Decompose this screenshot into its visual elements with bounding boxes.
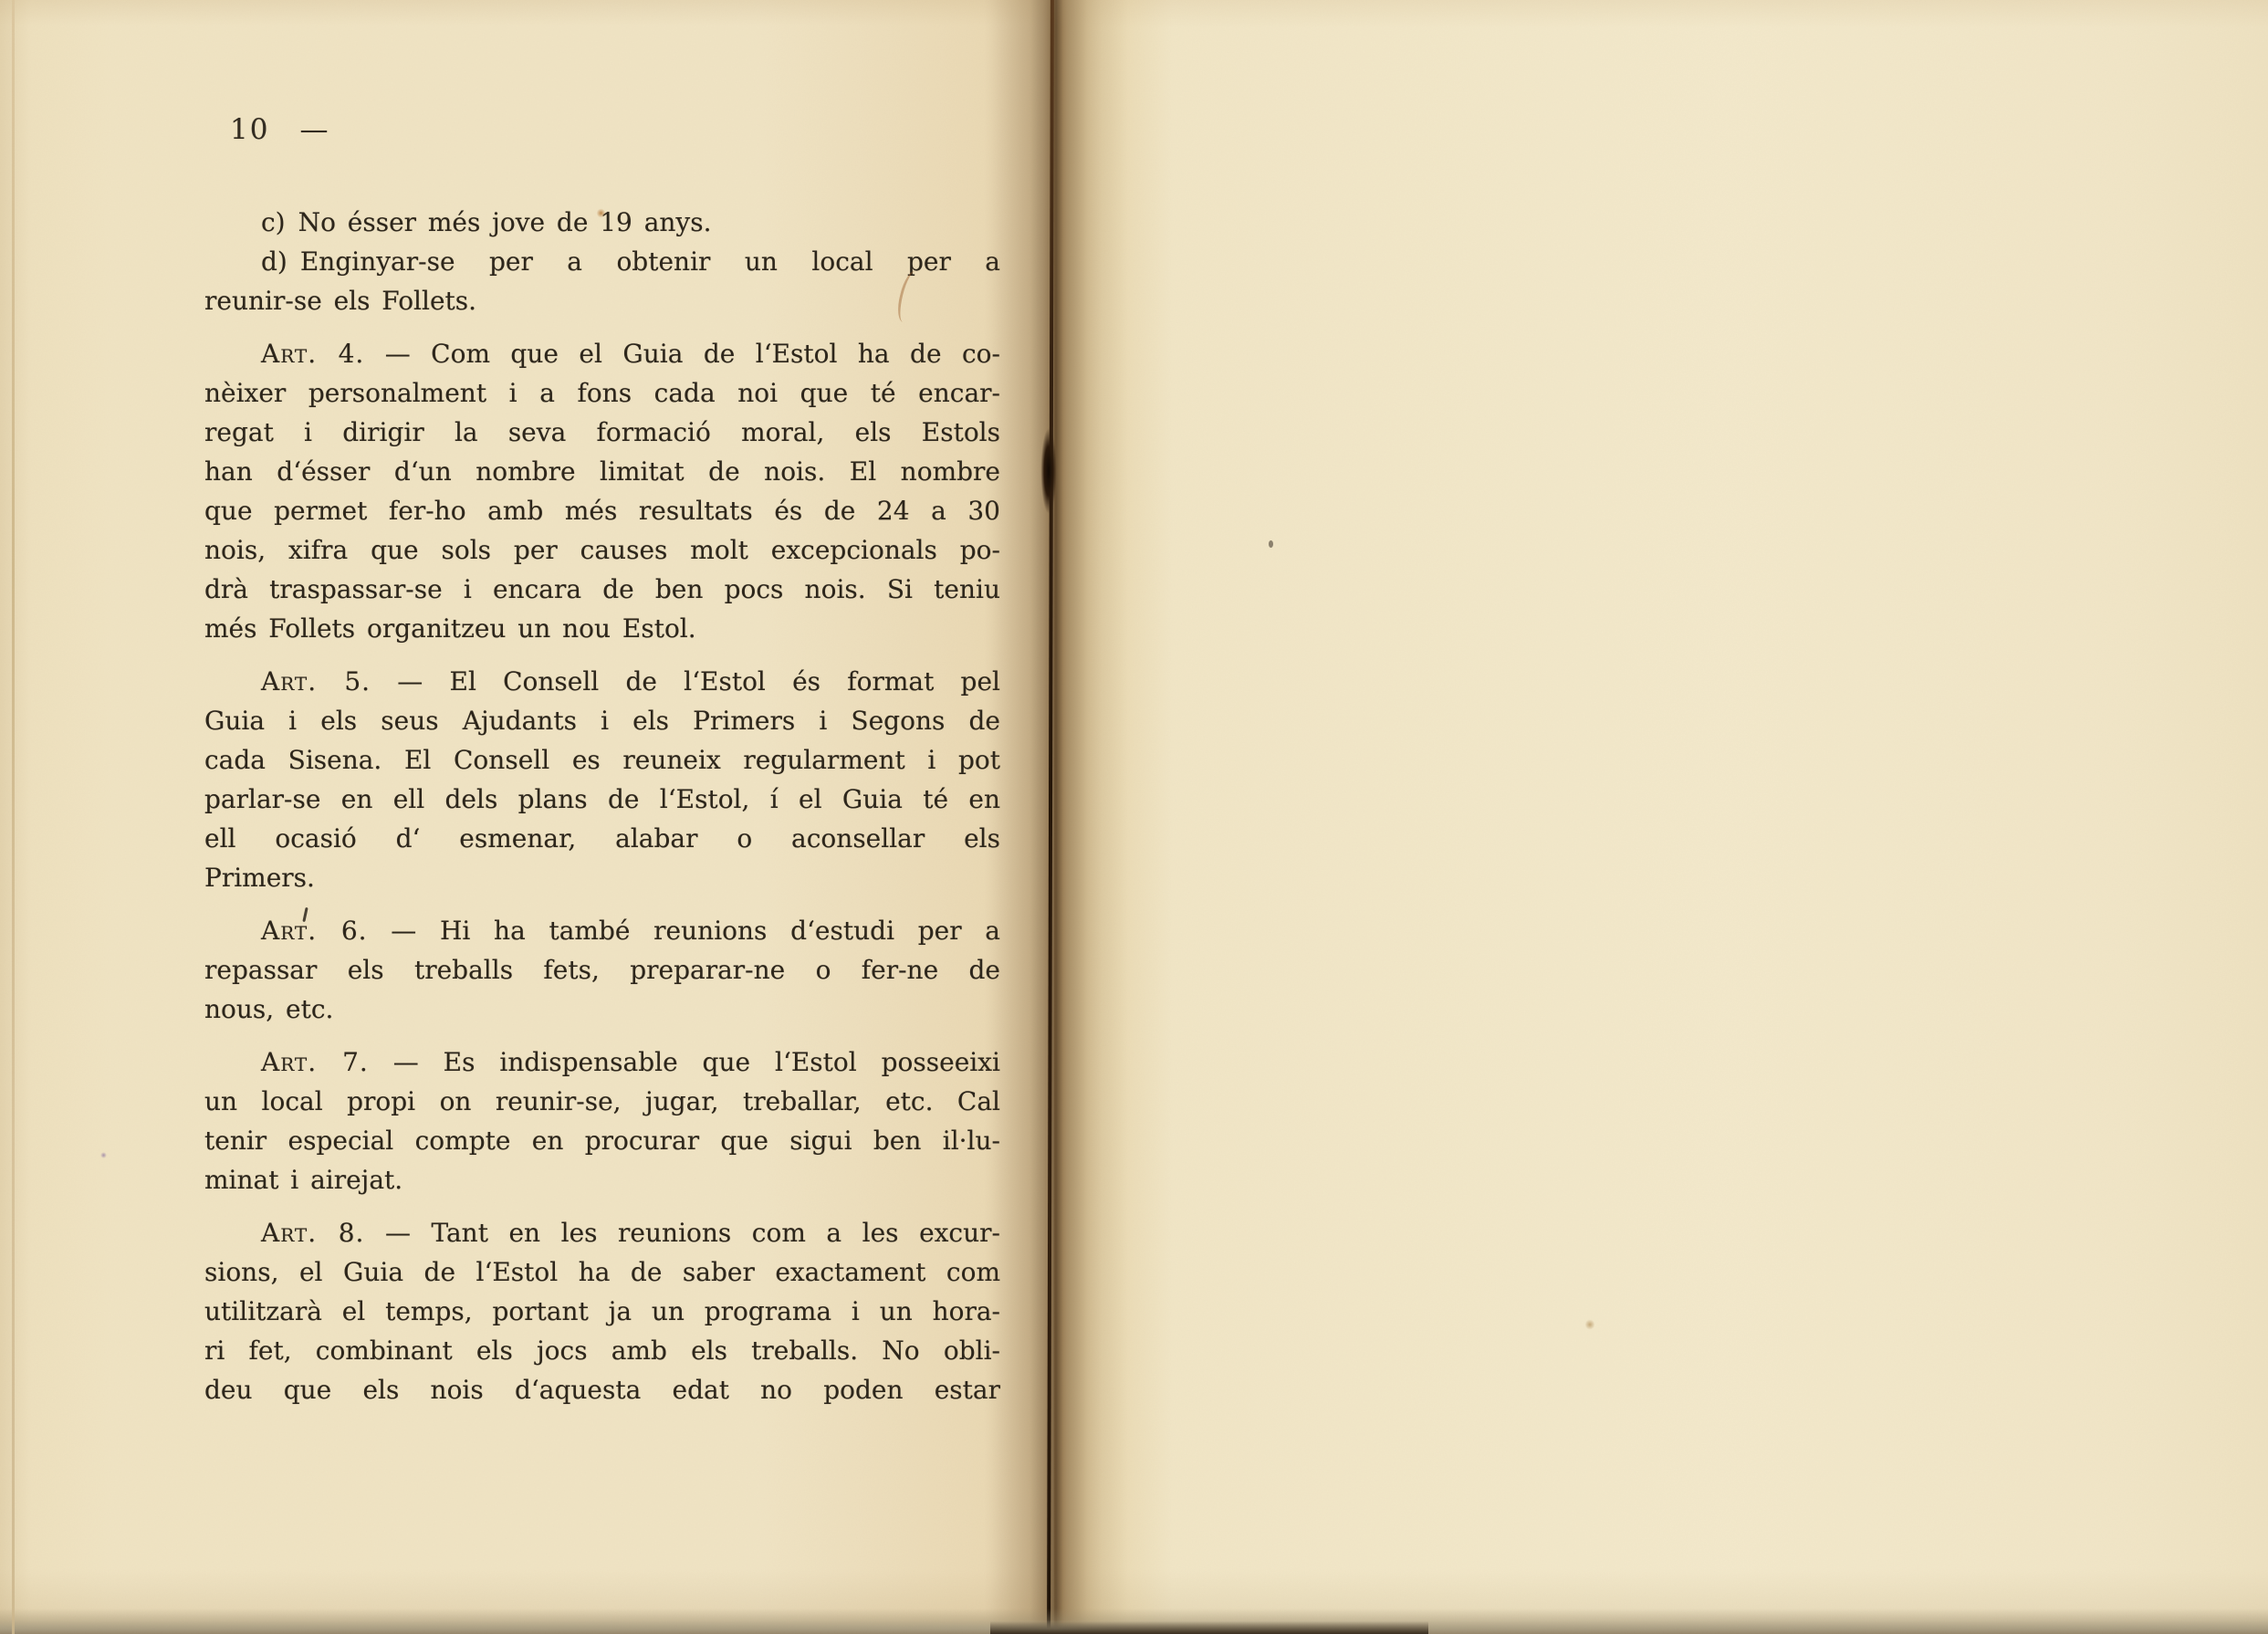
text-line: cada Sisena. El Consell es reuneix regul… <box>204 740 1000 780</box>
article-label: Art. 8. <box>261 1218 364 1248</box>
text-line: utilitzarà el temps, portant ja un progr… <box>204 1292 1000 1331</box>
article-label: Art. 5. <box>261 666 371 697</box>
text-line: drà traspassar-se i encara de ben pocs n… <box>204 570 1000 609</box>
binding-crack <box>1039 422 1059 531</box>
page-left-text: c) No ésser més jove de 19 anys.d) Engin… <box>204 203 1000 1409</box>
text-line: reunir-se els Follets. <box>204 281 1000 320</box>
text-line: Primers. <box>204 858 1000 897</box>
text-line: c) No ésser més jove de 19 anys. <box>204 203 1000 242</box>
text-line: nous, etc. <box>204 990 1000 1029</box>
left-page-fold <box>12 0 15 1634</box>
text-line: Art. 4. — Com que el Guia de l‘Estol ha … <box>204 334 1000 373</box>
text-line: repassar els treballs fets, preparar-ne … <box>204 950 1000 990</box>
article-label: Art. 4. <box>261 339 364 369</box>
book-gutter <box>984 0 1128 1634</box>
text-line: nois, xifra que sols per causes molt exc… <box>204 530 1000 570</box>
text-line: parlar-se en ell dels plans de l‘Estol, … <box>204 780 1000 819</box>
page-right: — 11 massa estona quiets, que els agrada… <box>1054 0 2268 1634</box>
text-line: tenir especial compte en procurar que si… <box>204 1121 1000 1160</box>
page-left: 10 — c) No ésser més jove de 19 anys.d) … <box>0 0 1054 1634</box>
text-line: nèixer personalment i a fons cada noi qu… <box>204 373 1000 413</box>
text-line: que permet fer-ho amb més resultats és d… <box>204 491 1000 530</box>
text-line: Guia i els seus Ajudants i els Primers i… <box>204 701 1000 740</box>
text-line: Art. 6. — Hi ha també reunions d‘estudi … <box>204 911 1000 950</box>
text-line: Art. 5. — El Consell de l‘Estol és forma… <box>204 662 1000 701</box>
text-line: sions, el Guia de l‘Estol ha de saber ex… <box>204 1252 1000 1292</box>
text-line: ri fet, combinant els jocs amb els treba… <box>204 1331 1000 1370</box>
article-label: Art. 6. <box>261 916 368 946</box>
text-line: regat i dirigir la seva formació moral, … <box>204 413 1000 452</box>
book-spread: 10 — c) No ésser més jove de 19 anys.d) … <box>0 0 2268 1634</box>
text-line: han d‘ésser d‘un nombre limitat de nois.… <box>204 452 1000 491</box>
text-line: deu que els nois d‘aquesta edat no poden… <box>204 1370 1000 1409</box>
text-line: Art. 7. — Es indispensable que l‘Estol p… <box>204 1042 1000 1082</box>
text-line: d) Enginyar-se per a obtenir un local pe… <box>204 242 1000 281</box>
article-label: Art. 7. <box>261 1047 369 1077</box>
text-line: un local propi on reunir-se, jugar, treb… <box>204 1082 1000 1121</box>
text-line: Art. 8. — Tant en les reunions com a les… <box>204 1213 1000 1252</box>
text-line: més Follets organitzeu un nou Estol. <box>204 609 1000 648</box>
text-line: ell ocasió d‘ esmenar, alabar o aconsell… <box>204 819 1000 858</box>
page-number-left: 10 — <box>230 113 329 146</box>
text-line: minat i airejat. <box>204 1160 1000 1199</box>
bottom-gutter-shadow <box>990 1621 1428 1634</box>
